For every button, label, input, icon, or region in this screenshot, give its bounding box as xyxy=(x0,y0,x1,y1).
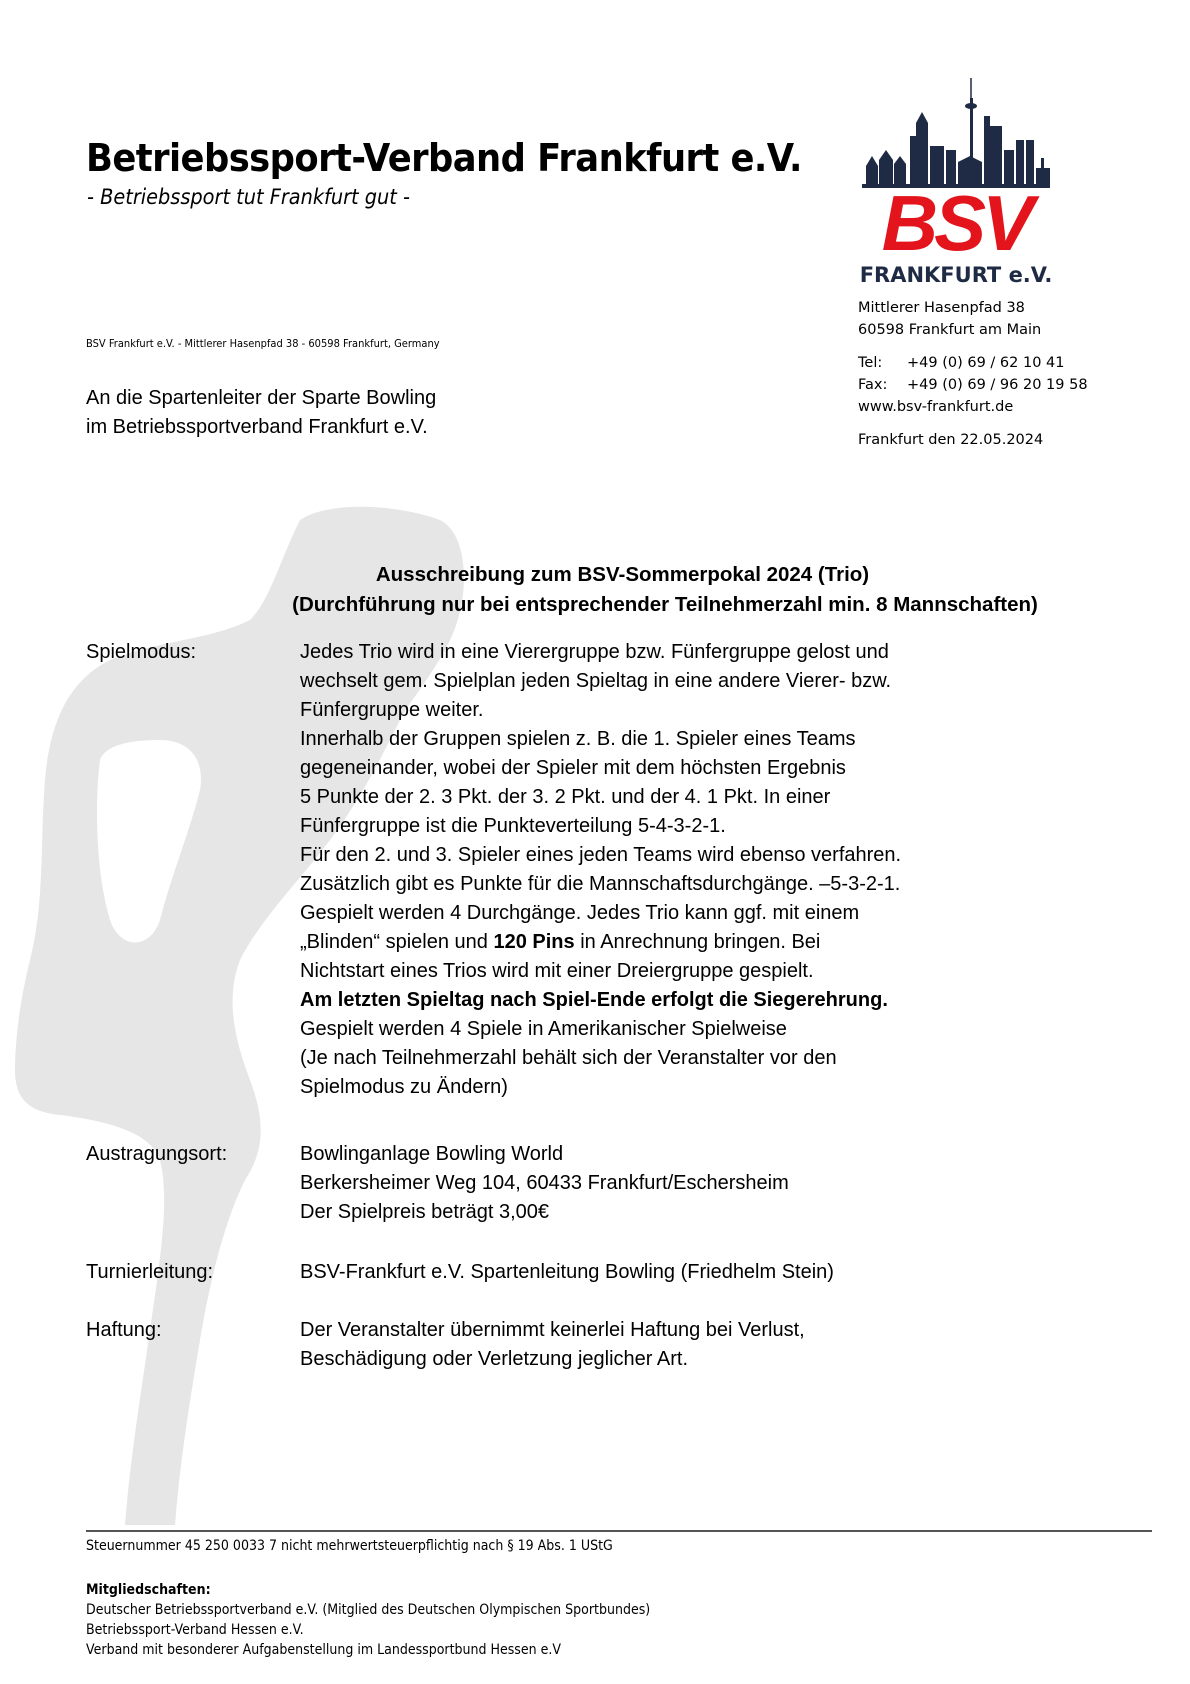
tel-number: +49 (0) 69 / 62 10 41 xyxy=(907,355,1064,371)
membership-item: Deutscher Betriebssportverband e.V. (Mit… xyxy=(86,1600,650,1620)
heading-subtitle: (Durchführung nur bei entsprechender Tei… xyxy=(0,590,1190,620)
logo-subtitle: FRANKFURT e.V. xyxy=(860,263,1053,287)
body-line: wechselt gem. Spielplan jeden Spieltag i… xyxy=(300,667,1020,696)
body-line: (Je nach Teilnehmerzahl behält sich der … xyxy=(300,1044,1020,1073)
section-body: Bowlinganlage Bowling WorldBerkersheimer… xyxy=(300,1140,1020,1227)
document-heading: Ausschreibung zum BSV-Sommerpokal 2024 (… xyxy=(0,560,1190,620)
return-address: BSV Frankfurt e.V. - Mittlerer Hasenpfad… xyxy=(86,337,440,350)
membership-item: Betriebssport-Verband Hessen e.V. xyxy=(86,1620,650,1640)
sender-fax: Fax:+49 (0) 69 / 96 20 19 58 xyxy=(858,374,1088,396)
body-line: „Blinden“ spielen und 120 Pins in Anrech… xyxy=(300,928,1020,957)
sender-tel: Tel:+49 (0) 69 / 62 10 41 xyxy=(858,352,1088,374)
section-body: Jedes Trio wird in eine Vierergruppe bzw… xyxy=(300,638,1020,1102)
sender-city: 60598 Frankfurt am Main xyxy=(858,319,1088,341)
body-line: Gespielt werden 4 Spiele in Amerikanisch… xyxy=(300,1015,1020,1044)
sender-street: Mittlerer Hasenpfad 38 xyxy=(858,297,1088,319)
tax-line: Steuernummer 45 250 0033 7 nicht mehrwer… xyxy=(86,1536,613,1556)
body-line: Spielmodus zu Ändern) xyxy=(300,1073,1020,1102)
body-line: BSV-Frankfurt e.V. Spartenleitung Bowlin… xyxy=(300,1258,1020,1287)
tagline: - Betriebssport tut Frankfurt gut - xyxy=(87,185,410,209)
section-label: Spielmodus: xyxy=(86,638,196,667)
website-link[interactable]: www.bsv-frankfurt.de xyxy=(858,396,1088,418)
memberships-title: Mitgliedschaften: xyxy=(86,1582,211,1598)
section-body: Der Veranstalter übernimmt keinerlei Haf… xyxy=(300,1316,1020,1374)
recipient-block: An die Spartenleiter der Sparte Bowling … xyxy=(86,384,436,442)
logo-wordmark: BSV xyxy=(882,179,1040,267)
body-line: Der Veranstalter übernimmt keinerlei Haf… xyxy=(300,1316,1020,1345)
section-label: Turnierleitung: xyxy=(86,1258,213,1287)
org-title: Betriebssport-Verband Frankfurt e.V. xyxy=(86,136,802,180)
section-label: Austragungsort: xyxy=(86,1140,227,1169)
memberships-block: Mitgliedschaften: Deutscher Betriebsspor… xyxy=(86,1580,650,1660)
section-label: Haftung: xyxy=(86,1316,162,1345)
body-line: Fünfergruppe weiter. xyxy=(300,696,1020,725)
sender-block: Mittlerer Hasenpfad 38 60598 Frankfurt a… xyxy=(858,297,1088,451)
frankfurt-skyline-icon xyxy=(862,78,1050,188)
body-line: Fünfergruppe ist die Punkteverteilung 5-… xyxy=(300,812,1020,841)
body-line: Bowlinganlage Bowling World xyxy=(300,1140,1020,1169)
body-line: Nichtstart eines Trios wird mit einer Dr… xyxy=(300,957,1020,986)
membership-item: Verband mit besonderer Aufgabenstellung … xyxy=(86,1640,650,1660)
body-line: Der Spielpreis beträgt 3,00€ xyxy=(300,1198,1020,1227)
body-line: Berkersheimer Weg 104, 60433 Frankfurt/E… xyxy=(300,1169,1020,1198)
recipient-line: im Betriebssportverband Frankfurt e.V. xyxy=(86,413,436,442)
bsv-logo: BSV FRANKFURT e.V. xyxy=(858,68,1054,290)
footer-divider xyxy=(86,1530,1152,1532)
section-body: BSV-Frankfurt e.V. Spartenleitung Bowlin… xyxy=(300,1258,1020,1287)
date-line: Frankfurt den 22.05.2024 xyxy=(858,429,1088,451)
fax-number: +49 (0) 69 / 96 20 19 58 xyxy=(907,377,1088,393)
body-line: Jedes Trio wird in eine Vierergruppe bzw… xyxy=(300,638,1020,667)
body-line: gegeneinander, wobei der Spieler mit dem… xyxy=(300,754,1020,783)
body-line: Beschädigung oder Verletzung jeglicher A… xyxy=(300,1345,1020,1374)
body-line: Zusätzlich gibt es Punkte für die Mannsc… xyxy=(300,870,1020,899)
body-line: Innerhalb der Gruppen spielen z. B. die … xyxy=(300,725,1020,754)
body-line: Am letzten Spieltag nach Spiel-Ende erfo… xyxy=(300,986,1020,1015)
body-line: Für den 2. und 3. Spieler eines jeden Te… xyxy=(300,841,1020,870)
body-line: 5 Punkte der 2. 3 Pkt. der 3. 2 Pkt. und… xyxy=(300,783,1020,812)
body-line: Gespielt werden 4 Durchgänge. Jedes Trio… xyxy=(300,899,1020,928)
heading-title: Ausschreibung zum BSV-Sommerpokal 2024 (… xyxy=(0,560,1190,590)
recipient-line: An die Spartenleiter der Sparte Bowling xyxy=(86,384,436,413)
